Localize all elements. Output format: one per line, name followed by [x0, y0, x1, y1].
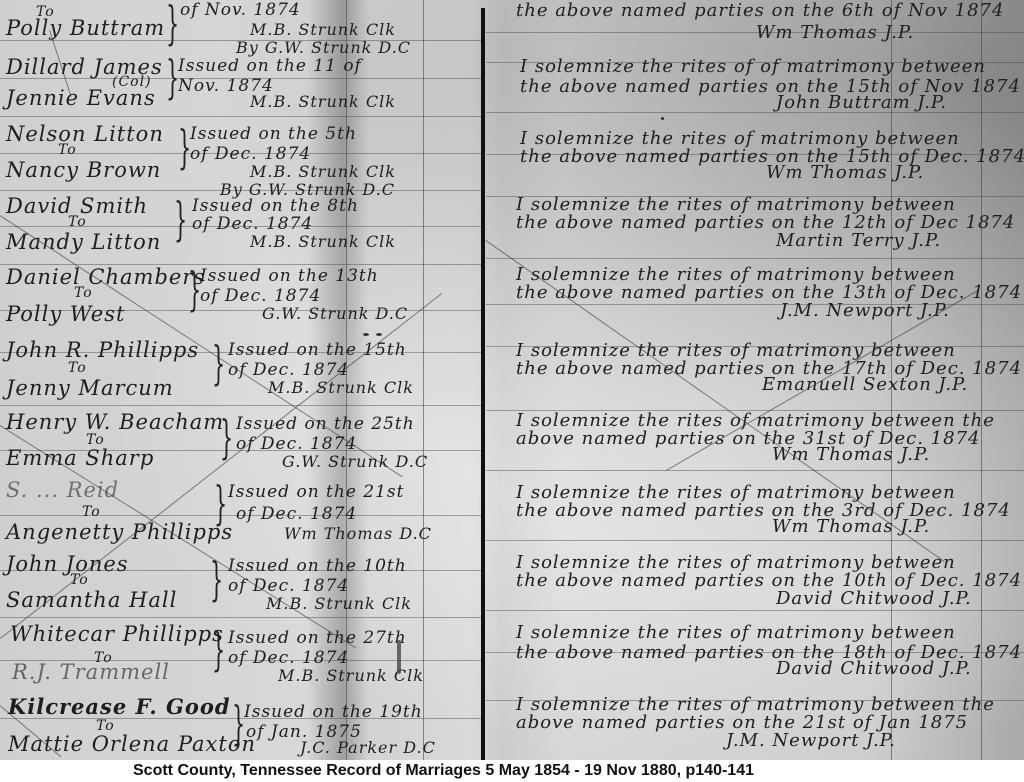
issue-date: of Nov. 1874 [180, 0, 301, 20]
issue-date: of Dec. 1874 [228, 648, 349, 668]
ruling-line [486, 540, 1024, 541]
brace: } [166, 0, 179, 46]
issue-date: of Dec. 1874 [190, 144, 311, 164]
groom-name: Henry W. Beacham [6, 410, 224, 434]
bride-name: Emma Sharp [6, 446, 154, 470]
groom-name: Polly Buttram [6, 16, 165, 40]
clerk-signature: M.B. Strunk Clk [268, 378, 414, 397]
groom-name: Kilcrease F. Good [8, 694, 231, 719]
issue-date: Issued on the 15th [228, 340, 407, 360]
solemnization-text: the above named parties on the 3rd of De… [516, 500, 1011, 521]
clerk-signature: M.B. Strunk Clk [250, 20, 396, 39]
bride-name: Nancy Brown [6, 158, 161, 182]
ink-speck [661, 117, 664, 120]
ink-speck [363, 333, 369, 336]
officiant-signature: Wm Thomas J.P. [766, 162, 924, 183]
clerk-signature: G.W. Strunk D.C [282, 452, 428, 471]
to-word: To [82, 504, 101, 520]
bride-name: Samantha Hall [6, 588, 177, 612]
solemnization-text: I solemnize the rites of of matrimony be… [520, 56, 986, 77]
to-word: To [58, 142, 77, 158]
issue-date: Issued on the 19th [244, 702, 423, 722]
bride-name: Angenetty Phillipps [6, 520, 233, 544]
ruling-line [0, 617, 481, 618]
ink-smear [397, 640, 401, 674]
brace: } [214, 480, 227, 526]
clerk-signature: G.W. Strunk D.C [262, 304, 408, 323]
clerk-signature: M.B. Strunk Clk [278, 666, 424, 685]
issue-date: of Dec. 1874 [236, 504, 357, 524]
ruling-line [0, 116, 481, 117]
issue-date: Issued on the 11 of [178, 56, 362, 76]
brace: } [220, 414, 233, 460]
brace: } [212, 340, 225, 386]
issue-date: Issued on the 5th [190, 124, 357, 144]
bride-name: Jennie Evans [6, 86, 156, 110]
ruling-line [486, 470, 1024, 471]
issue-date: of Dec. 1874 [192, 214, 313, 234]
caption-bar: Scott County, Tennessee Record of Marria… [0, 760, 1024, 782]
officiant-signature: John Buttram J.P. [776, 92, 947, 113]
issue-date: of Dec. 1874 [228, 360, 349, 380]
groom-name: Nelson Litton [6, 122, 164, 146]
officiant-signature: Emanuell Sexton J.P. [762, 374, 968, 395]
officiant-signature: David Chitwood J.P. [776, 588, 972, 609]
groom-name: John R. Phillipps [6, 338, 199, 362]
issue-date: Issued on the 21st [228, 482, 404, 502]
ruling-line [486, 610, 1024, 611]
brace: } [174, 196, 187, 242]
solemnization-text: the above named parties on the 6th of No… [516, 0, 1004, 21]
left-page: To Polly Buttram } of Nov. 1874 M.B. Str… [0, 0, 481, 760]
groom-name: Whitecar Phillipps [10, 622, 224, 646]
deputy-signature: By G.W. Strunk D.C [236, 38, 411, 57]
officiant-signature: Martin Terry J.P. [776, 230, 941, 251]
ink-speck [376, 333, 382, 336]
clerk-signature: M.B. Strunk Clk [266, 594, 412, 613]
issue-date: Issued on the 27th [228, 628, 407, 648]
officiant-signature: Wm Thomas J.P. [756, 22, 914, 43]
bride-name: R.J. Trammell [12, 660, 170, 684]
issue-date: Issued on the 8th [192, 196, 359, 216]
clerk-signature: J.C. Parker D.C [300, 738, 436, 757]
officiant-signature: David Chitwood J.P. [776, 658, 972, 679]
groom-name: John Jones [6, 552, 129, 576]
officiant-signature: Wm Thomas J.P. [772, 444, 930, 465]
ledger-scan: To Polly Buttram } of Nov. 1874 M.B. Str… [0, 0, 1024, 760]
clerk-signature: M.B. Strunk Clk [250, 92, 396, 111]
bride-name: Jenny Marcum [6, 376, 174, 400]
issue-date: Issued on the 13th [200, 266, 379, 286]
ruling-line [0, 405, 481, 406]
ruling-line [486, 258, 1024, 259]
brace: } [212, 626, 225, 672]
issue-date: of Dec. 1874 [200, 286, 321, 306]
clerk-signature: Wm Thomas D.C [284, 524, 432, 543]
clerk-signature: M.B. Strunk Clk [250, 232, 396, 251]
right-page: the above named parties on the 6th of No… [486, 0, 1024, 760]
bride-name: Polly West [6, 302, 125, 326]
to-word: To [74, 285, 93, 301]
page-gutter-line [481, 8, 485, 760]
officiant-signature: J.M. Newport J.P. [780, 300, 950, 321]
to-word: To [68, 360, 87, 376]
column-rule [423, 0, 424, 760]
solemnization-text: I solemnize the rites of matrimony betwe… [516, 622, 956, 643]
issue-date: Issued on the 10th [228, 556, 407, 576]
to-word: To [68, 214, 87, 230]
officiant-signature: J.M. Newport J.P. [726, 730, 896, 751]
ruling-line [486, 32, 1024, 33]
document-caption: Scott County, Tennessee Record of Marria… [133, 762, 754, 780]
clerk-signature: M.B. Strunk Clk [250, 162, 396, 181]
